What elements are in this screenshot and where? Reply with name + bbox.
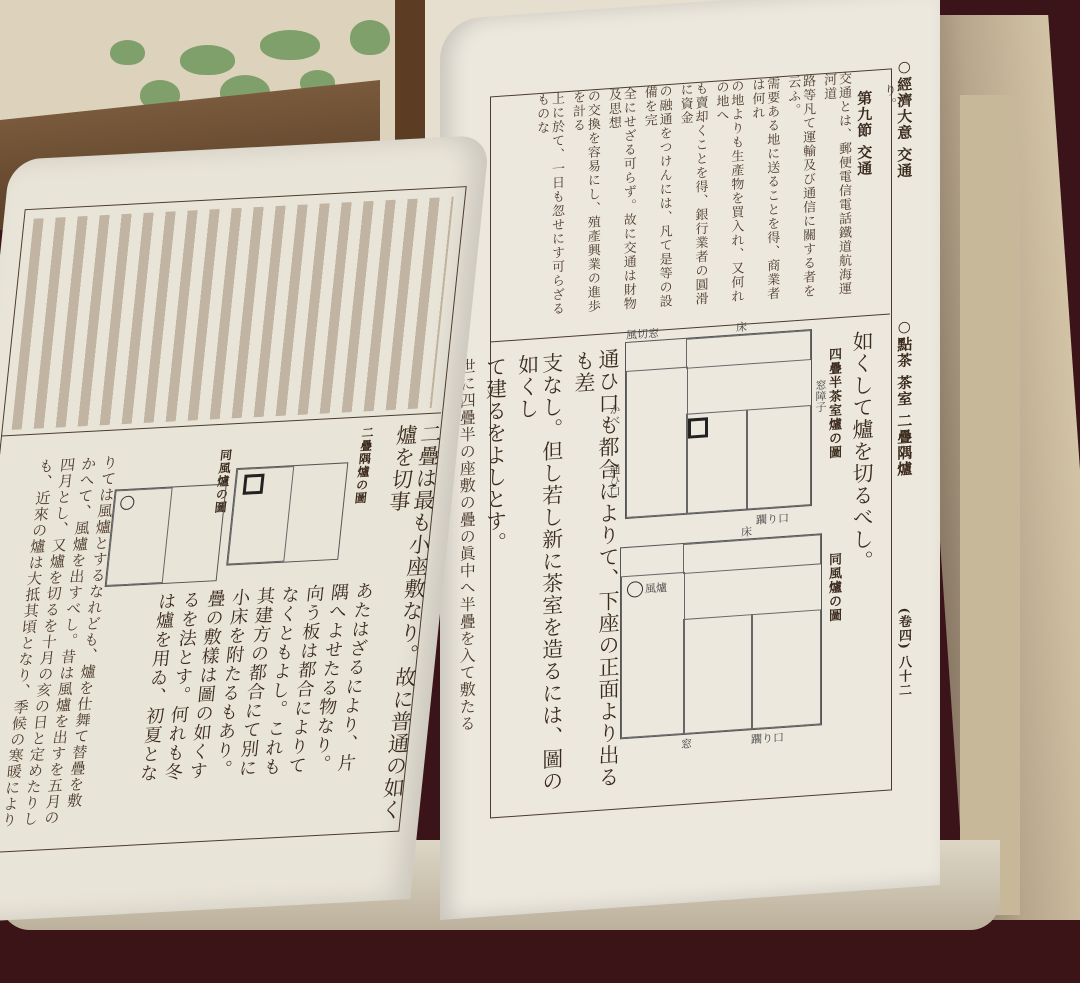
leaf-illustration <box>180 45 235 75</box>
text-column: の融通をつけんには、凡て是等の設備を完 <box>641 84 671 316</box>
diagram-label: 床 <box>736 319 747 336</box>
lower-text-block: あたはざるにより、片 隅へよせたる物なり。 向う板は都合によりて なくともよし。… <box>79 581 374 836</box>
text-fragment: り。 <box>880 83 895 104</box>
figure-caption: 同風爐の圖 <box>825 552 840 673</box>
text-column: 如くして爐を切るべし。 <box>850 330 874 592</box>
dense-text-block <box>12 197 454 430</box>
leaf-illustration <box>260 30 320 60</box>
tatami-mat <box>746 405 811 510</box>
tokonoma-area <box>686 330 811 369</box>
text-column: も賣却くことを得、銀行業者の圓滑に資金 <box>677 81 707 313</box>
background-book-cover-botanical <box>0 0 420 165</box>
left-page: 二疊は最も小座敷なり。故に普通の如く爐を切事 二疊隅爐の圖 同風爐の圖 ○點茶 … <box>0 135 490 924</box>
diagram-label: 窓 <box>681 735 692 752</box>
text-column: 全にせざる可らず。故に交通は財物及思想 <box>605 86 635 318</box>
text-column: て建るをよしとす。 <box>483 355 507 797</box>
tatami-mat <box>751 609 821 729</box>
floor-plan-diagram-ro: 床 風切窓 かべ 通ひ口 窓障子 躙り口 <box>625 329 812 519</box>
text-column: 路等凡て運輸及び通信に關する者を云ふ。 <box>784 74 814 306</box>
diagram-label: 窓障子 <box>812 379 828 413</box>
figure-caption: 四疊半茶室爐の圖 <box>825 347 840 528</box>
tatami-mat <box>626 367 688 518</box>
text-column: 需要ある地に送ることを得、商業者は何れ <box>748 76 778 308</box>
diagram-label: 床 <box>741 523 752 540</box>
lower-text-block: 通ひ口も都合によりて、下座の正面より出るも差 支なし。但し若し新に茶室を造るには… <box>500 347 620 805</box>
right-page: ○經濟大意 交通 り。 第九節 交通 交通とは、郵便電信電話鐵道航海運河道 路等… <box>440 0 940 920</box>
text-column: 上に於て、一日も忽せにす可らざるものな <box>533 91 563 323</box>
text-column: 支なし。但し若し新に茶室を造るには、圖の如くし <box>515 351 563 794</box>
text-column: 交通とは、郵便電信電話鐵道航海運河道 <box>820 71 850 303</box>
floor-plan-diagram-furo: 風爐 床 躙り口 窓 <box>620 533 822 739</box>
floor-plan-diagram-two-mat-furo <box>105 484 227 587</box>
diagram-label: 躙り口 <box>751 729 784 747</box>
book-cover-edge <box>960 95 1020 915</box>
upper-text-block: 交通とは、郵便電信電話鐵道航海運河道 路等凡て運輸及び通信に關する者を云ふ。 需… <box>510 71 850 335</box>
book-spine-band <box>395 0 425 150</box>
leaf-illustration <box>350 20 390 55</box>
running-head: ○經濟大意 交通 <box>895 57 912 258</box>
diagram-label: 風切窓 <box>626 325 659 343</box>
page-number: (卷四) 八十二 <box>895 607 910 728</box>
leaf-illustration <box>110 40 145 65</box>
floor-plan-diagram-two-mat-ro <box>226 462 348 565</box>
hearth-icon <box>688 417 708 438</box>
section-title: 第九節 交通 <box>855 90 872 211</box>
text-column: 通ひ口も都合によりて、下座の正面より出るも差 <box>572 347 620 790</box>
tatami-mat <box>106 487 173 586</box>
text-column: の地よりも生產物を買入れ、又何れの地へ <box>713 79 743 311</box>
tatami-mat <box>683 614 753 734</box>
diagram-label: 風爐 <box>645 579 667 597</box>
hearth-icon <box>243 474 265 495</box>
diagram-label: 躙り口 <box>756 510 789 528</box>
running-head: ○點茶 茶室 二疊隅爐 <box>895 317 912 498</box>
text-column: の交換を容易にし、殖產興業の進歩を計る <box>569 89 599 321</box>
photo-scene: ○經濟大意 交通 り。 第九節 交通 交通とは、郵便電信電話鐵道航海運河道 路等… <box>0 0 1080 983</box>
